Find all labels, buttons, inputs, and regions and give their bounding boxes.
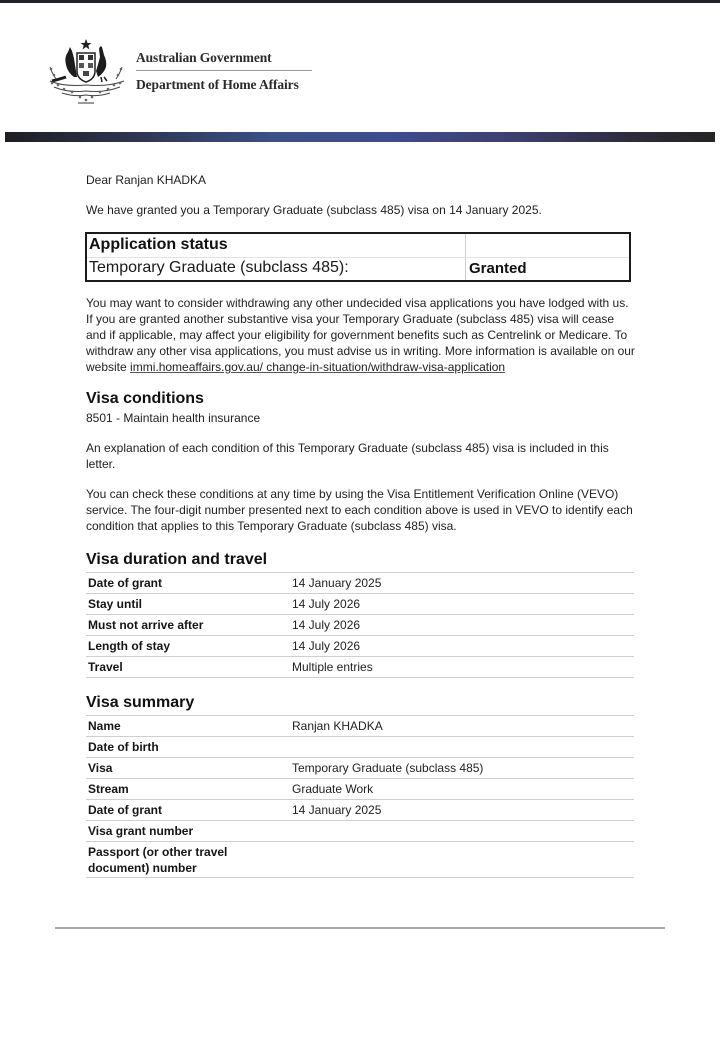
letterhead: Australian Government Department of Home… <box>44 36 312 106</box>
coat-of-arms-icon <box>44 37 128 105</box>
row-value: Graduate Work <box>290 779 634 800</box>
government-name: Australian Government <box>136 50 312 71</box>
visa-summary-title: Visa summary <box>86 694 636 712</box>
row-value: 14 July 2026 <box>290 594 634 615</box>
withdraw-visa-link[interactable]: immi.homeaffairs.gov.au/ change-in-situa… <box>130 360 505 374</box>
letter-body: Dear Ranjan KHADKA We have granted you a… <box>86 172 636 878</box>
table-row: Stream Graduate Work <box>86 779 634 800</box>
visa-condition-item: 8501 - Maintain health insurance <box>86 410 636 426</box>
header-color-band <box>5 132 715 142</box>
row-label: Date of grant <box>86 573 290 594</box>
row-label: Visa <box>86 758 290 779</box>
department-name: Department of Home Affairs <box>136 71 312 93</box>
row-value: 14 July 2026 <box>290 615 634 636</box>
status-row-divider <box>87 257 629 258</box>
row-value: Multiple entries <box>290 657 634 678</box>
row-label: Passport (or other travel document) numb… <box>86 842 290 878</box>
vevo-info: You can check these conditions at any ti… <box>86 486 636 534</box>
table-row: Travel Multiple entries <box>86 657 634 678</box>
row-value: Ranjan KHADKA <box>290 716 634 737</box>
application-status-value: Granted <box>469 261 527 277</box>
application-status-label: Temporary Graduate (subclass 485): <box>89 260 349 276</box>
top-edge <box>0 0 720 3</box>
salutation: Dear Ranjan KHADKA <box>86 172 636 188</box>
table-row: Passport (or other travel document) numb… <box>86 842 634 878</box>
table-row: Date of birth <box>86 737 634 758</box>
application-status-title: Application status <box>89 237 228 253</box>
table-row: Visa grant number <box>86 821 634 842</box>
row-value: 14 January 2025 <box>290 573 634 594</box>
visa-duration-title: Visa duration and travel <box>86 551 636 569</box>
table-row: Name Ranjan KHADKA <box>86 716 634 737</box>
row-value: 14 January 2025 <box>290 800 634 821</box>
row-label: Length of stay <box>86 636 290 657</box>
row-label: Visa grant number <box>86 821 290 842</box>
row-value <box>290 821 634 842</box>
row-label: Stream <box>86 779 290 800</box>
grant-statement: We have granted you a Temporary Graduate… <box>86 202 636 218</box>
table-row: Visa Temporary Graduate (subclass 485) <box>86 758 634 779</box>
row-value <box>290 737 634 758</box>
table-row: Stay until 14 July 2026 <box>86 594 634 615</box>
row-label: Stay until <box>86 594 290 615</box>
application-status-box: Application status Temporary Graduate (s… <box>85 232 631 282</box>
row-label: Travel <box>86 657 290 678</box>
table-row: Date of grant 14 January 2025 <box>86 573 634 594</box>
footer-divider <box>55 927 665 929</box>
table-row: Must not arrive after 14 July 2026 <box>86 615 634 636</box>
withdraw-notice: You may want to consider withdrawing any… <box>86 295 636 375</box>
conditions-explanation: An explanation of each condition of this… <box>86 440 636 472</box>
row-label: Name <box>86 716 290 737</box>
agency-name: Australian Government Department of Home… <box>136 50 312 93</box>
row-label: Date of birth <box>86 737 290 758</box>
table-row: Length of stay 14 July 2026 <box>86 636 634 657</box>
row-value <box>290 842 634 878</box>
visa-conditions-title: Visa conditions <box>86 390 636 408</box>
table-row: Date of grant 14 January 2025 <box>86 800 634 821</box>
row-value: Temporary Graduate (subclass 485) <box>290 758 634 779</box>
visa-duration-table: Date of grant 14 January 2025 Stay until… <box>86 572 634 678</box>
row-label: Date of grant <box>86 800 290 821</box>
row-value: 14 July 2026 <box>290 636 634 657</box>
row-label: Must not arrive after <box>86 615 290 636</box>
visa-summary-table: Name Ranjan KHADKA Date of birth Visa Te… <box>86 715 634 878</box>
